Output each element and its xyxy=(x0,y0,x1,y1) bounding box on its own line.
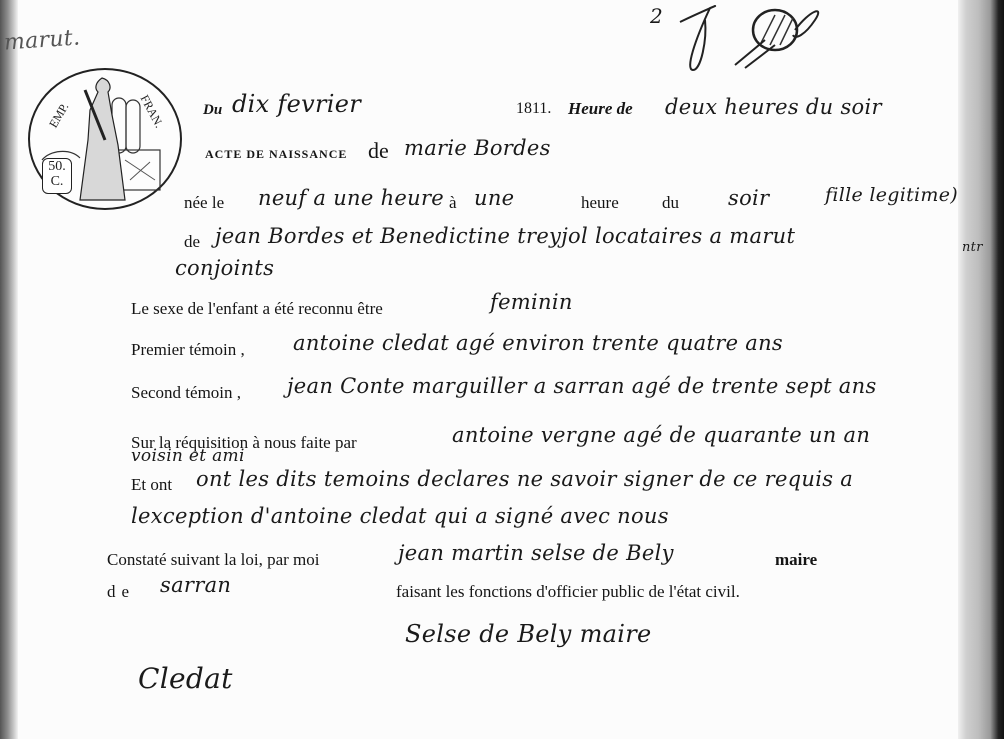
parents-continuation: conjoints xyxy=(175,256,274,280)
act-title-label: ACTE DE NAISSANCE xyxy=(205,147,347,162)
birth-du-label: du xyxy=(662,193,679,213)
requisition-continuation: voisin et ami xyxy=(131,446,245,466)
signatures-label: Et ont xyxy=(131,475,172,495)
witness1-value-handwritten: antoine cledat agé environ trente quatre… xyxy=(293,331,783,355)
stamp-value: 50. C. xyxy=(42,158,72,194)
parents-margin-note: ntr xyxy=(962,240,983,255)
birth-nee-label: née le xyxy=(184,193,224,213)
legitimacy-handwritten: fille legitime) xyxy=(825,184,958,206)
sex-label: Le sexe de l'enfant a été reconnu être xyxy=(131,299,383,319)
folio-flourish-icon xyxy=(665,0,835,75)
act-title-de: de xyxy=(368,138,389,164)
parents-handwritten: jean Bordes et Benedictine treyjol locat… xyxy=(215,224,795,248)
date-prefix: Du xyxy=(203,102,222,119)
mayor-signature: Selse de Bely maire xyxy=(405,620,652,648)
page-binding-shadow-right xyxy=(958,0,1004,739)
witness-signature: Cledat xyxy=(138,662,233,695)
officer-name-handwritten: jean martin selse de Bely xyxy=(398,541,674,565)
birth-period-handwritten: soir xyxy=(728,186,769,210)
birth-hour-handwritten: une xyxy=(474,186,514,210)
signatures-continuation: lexception d'antoine cledat qui a signé … xyxy=(131,504,669,528)
page-binding-shadow-left xyxy=(0,0,18,739)
requisition-value-handwritten: antoine vergne agé de quarante un an xyxy=(452,423,870,447)
birth-a-label: à xyxy=(449,193,457,213)
commune-handwritten: sarran xyxy=(160,573,231,597)
official-title: maire xyxy=(775,550,817,570)
birth-day-handwritten: neuf a une heure xyxy=(258,186,444,210)
commune-de-label: de xyxy=(107,582,135,602)
birth-record-page: marut. 2 EMP. FRAN. 50. C. Du dix fe xyxy=(0,0,1004,739)
witness1-label: Premier témoin , xyxy=(131,340,245,360)
signatures-value-handwritten: ont les dits temoins declares ne savoir … xyxy=(196,467,853,491)
year: 1811. xyxy=(516,100,551,118)
tax-stamp: EMP. FRAN. 50. C. xyxy=(28,68,182,210)
folio-mark: 2 xyxy=(650,4,663,28)
child-name-handwritten: marie Bordes xyxy=(404,136,551,160)
hour-label: Heure de xyxy=(568,99,633,119)
hour-handwritten: deux heures du soir xyxy=(665,95,882,119)
parents-de-label: de xyxy=(184,232,200,252)
functions-label: faisant les fonctions d'officier public … xyxy=(396,582,740,602)
birth-heure-label: heure xyxy=(581,193,619,213)
witness2-label: Second témoin , xyxy=(131,383,241,403)
date-handwritten: dix fevrier xyxy=(232,90,361,118)
margin-note: marut. xyxy=(3,25,81,55)
sex-value-handwritten: feminin xyxy=(490,290,573,314)
official-label: Constaté suivant la loi, par moi xyxy=(107,550,319,570)
witness2-value-handwritten: jean Conte marguiller a sarran agé de tr… xyxy=(287,374,877,398)
